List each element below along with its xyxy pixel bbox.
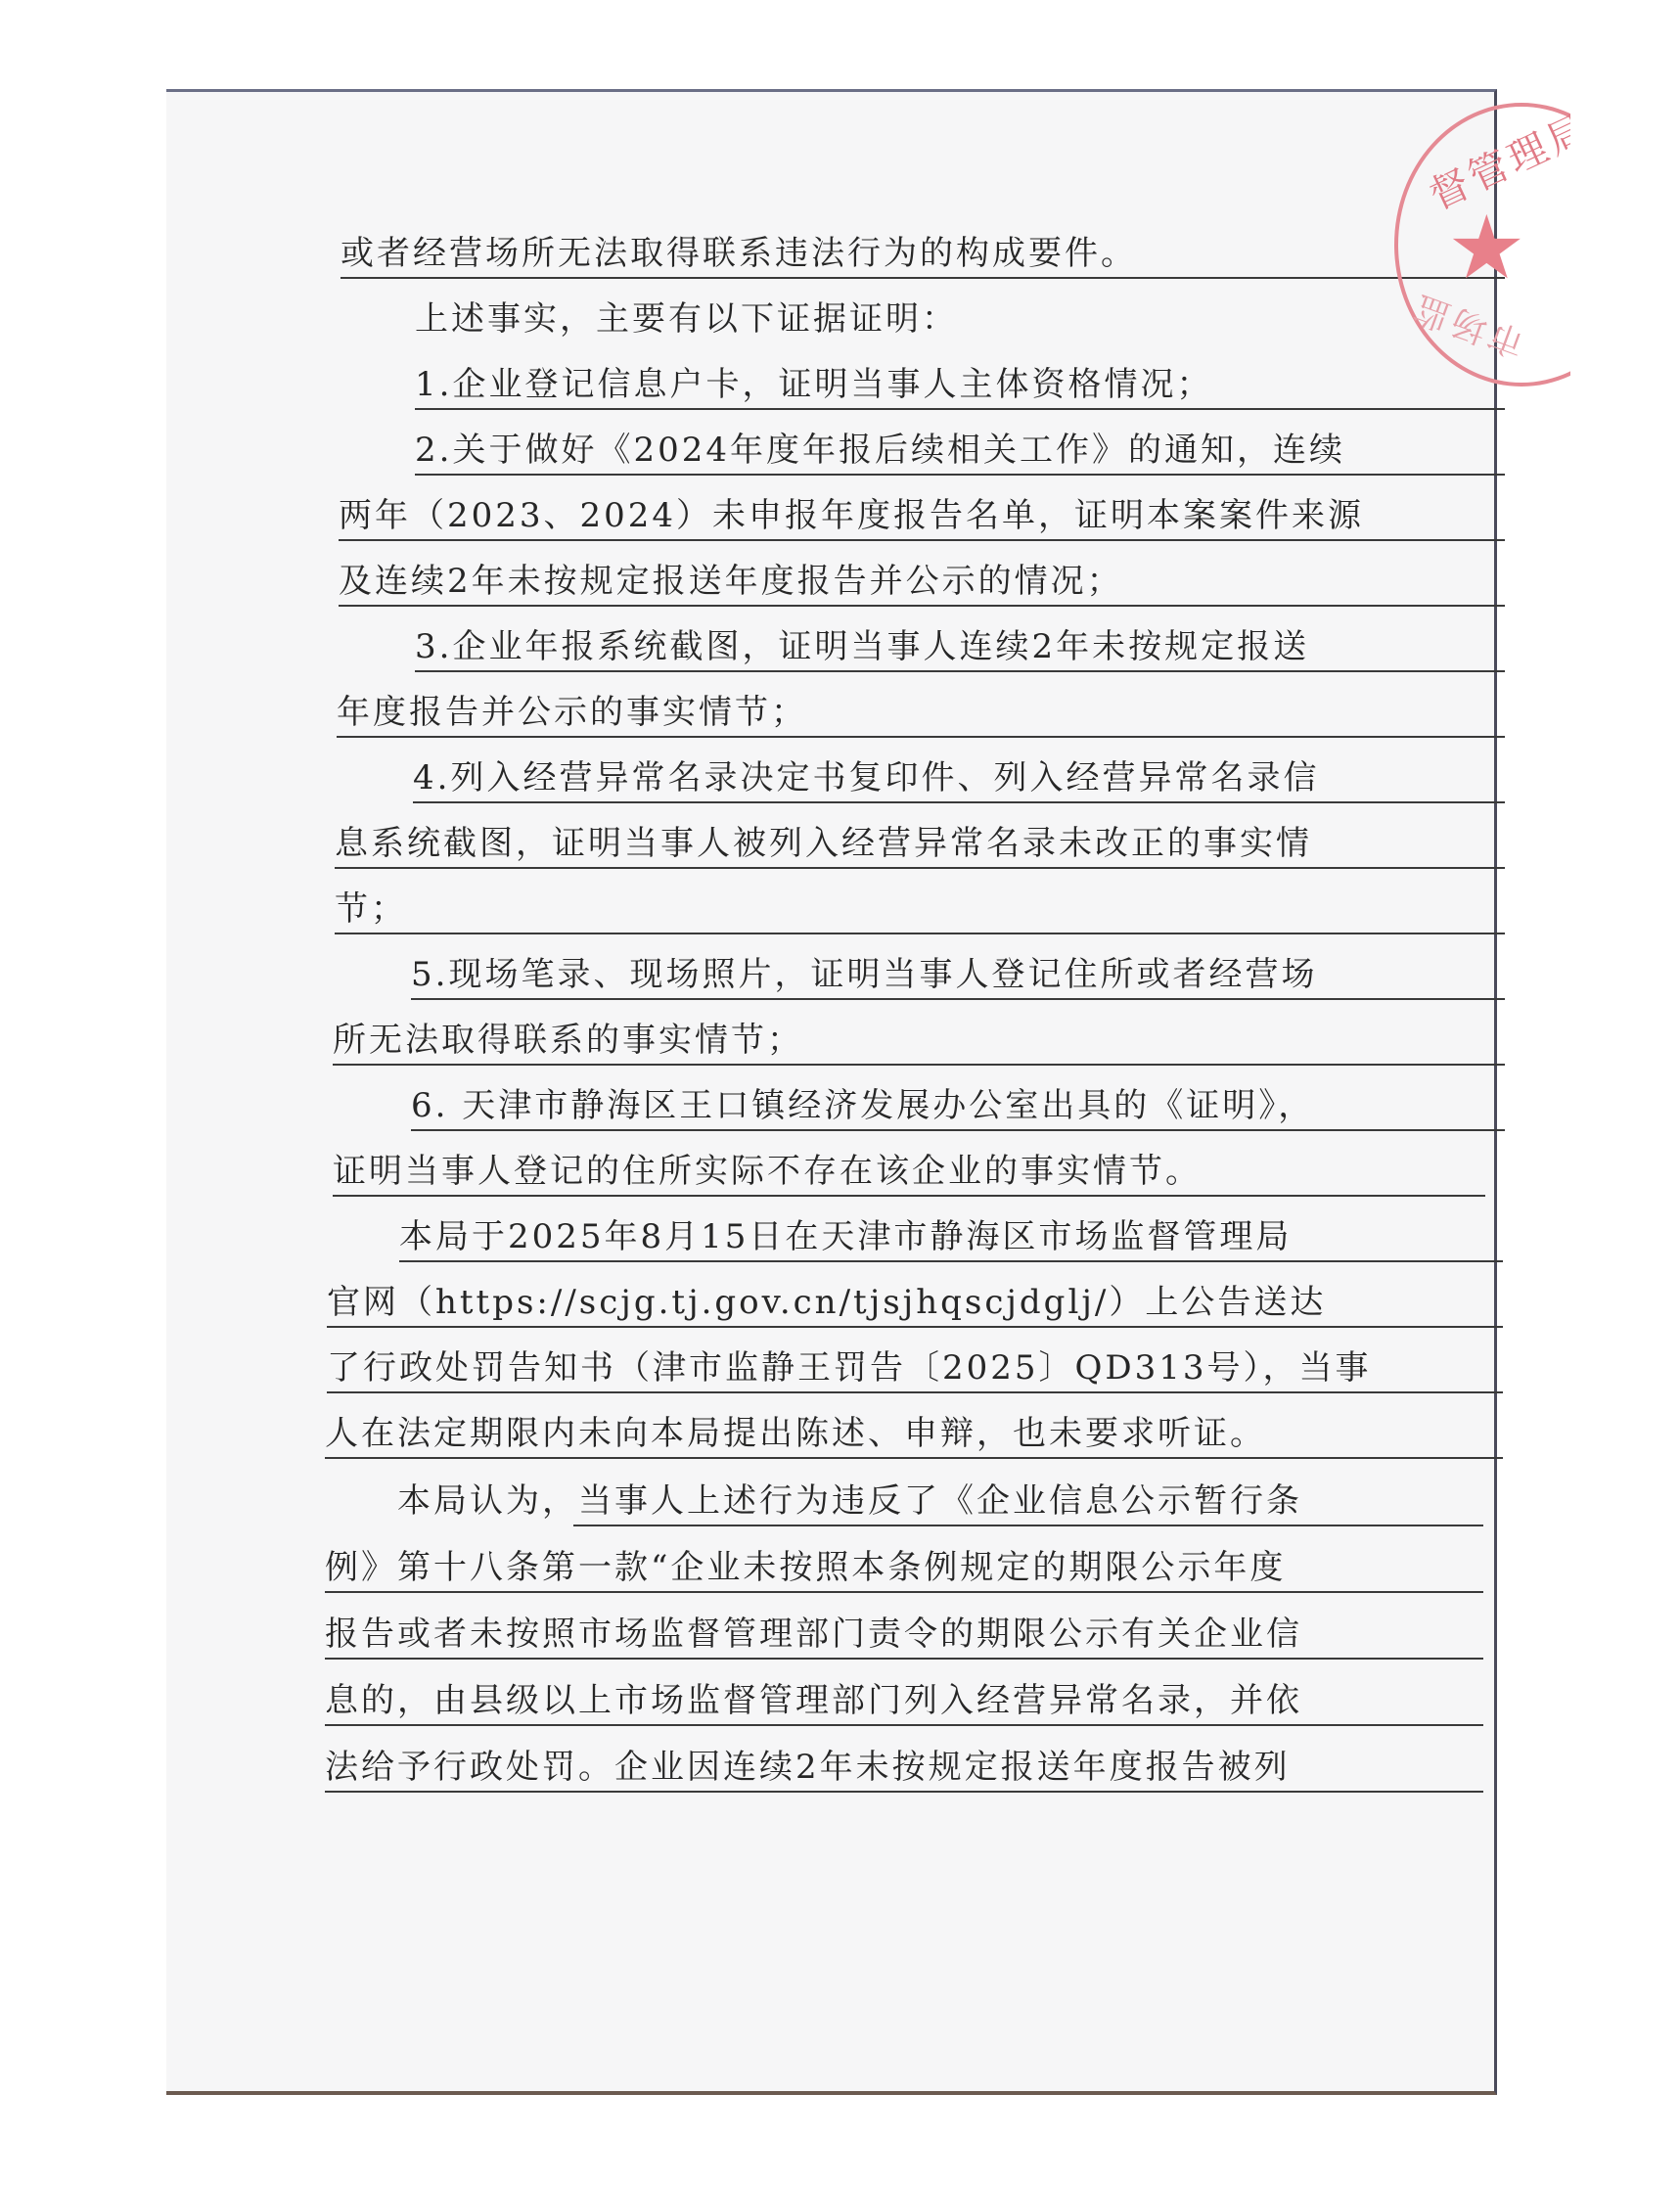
text-line: 法给予行政处罚。企业因连续2年未按规定报送年度报告被列 <box>325 1738 1483 1797</box>
text-line: 例》第十八条第一款“企业未按照本条例规定的期限公示年度 <box>325 1538 1483 1597</box>
text-line: 4.列入经营异常名录决定书复印件、列入经营异常名录信 <box>413 749 1505 807</box>
text-line: 息系统截图，证明当事人被列入经营异常名录未改正的事实情 <box>335 814 1505 873</box>
text-line: 节； <box>335 880 1505 938</box>
text-line: 证明当事人登记的住所实际不存在该企业的事实情节。 <box>333 1142 1485 1201</box>
text-line: 人在法定期限内未向本局提出陈述、申辩，也未要求听证。 <box>325 1404 1503 1463</box>
document-page: 或者经营场所无法取得联系违法行为的构成要件。 上述事实，主要有以下证据证明： 1… <box>166 89 1497 2095</box>
text-line: 3.企业年报系统截图，证明当事人连续2年未按规定报送 <box>415 617 1505 676</box>
text-line: 上述事实，主要有以下证据证明： <box>415 290 1501 348</box>
text-line: 报告或者未按照市场监督管理部门责令的期限公示有关企业信 <box>325 1605 1483 1663</box>
text-line: 2.关于做好《2024年度年报后续相关工作》的通知，连续 <box>415 421 1505 479</box>
text-line: 所无法取得联系的事实情节； <box>333 1011 1505 1070</box>
text-line: 了行政处罚告知书（津市监静王罚告〔2025〕QD313号），当事 <box>327 1339 1503 1397</box>
text-line: 及连续2年未按规定报送年度报告并公示的情况； <box>339 552 1505 611</box>
text-line: 5.现场笔录、现场照片，证明当事人登记住所或者经营场 <box>411 945 1505 1004</box>
text-line: 6. 天津市静海区王口镇经济发展办公室出具的《证明》， <box>411 1076 1505 1135</box>
official-seal: 督管理局 ★ 市场监 <box>1394 103 1570 387</box>
seal-ring: 督管理局 ★ 市场监 <box>1394 103 1570 387</box>
text-line: 或者经营场所无法取得联系违法行为的构成要件。 <box>341 224 1505 283</box>
star-icon: ★ <box>1447 205 1526 293</box>
text-line: 1.企业登记信息户卡，证明当事人主体资格情况； <box>415 355 1505 414</box>
text-line: 官网（https://scjg.tj.gov.cn/tjsjhqscjdglj/… <box>327 1273 1503 1332</box>
text-line: 两年（2023、2024）未申报年度报告名单，证明本案案件来源 <box>339 486 1505 545</box>
text-line: 息的，由县级以上市场监督管理部门列入经营异常名录，并依 <box>325 1671 1483 1730</box>
text-line: 本局认为，当事人上述行为违反了《企业信息公示暂行条 <box>397 1472 1483 1530</box>
text-line: 年度报告并公示的事实情节； <box>337 683 1505 742</box>
text-line: 本局于2025年8月15日在天津市静海区市场监督管理局 <box>399 1207 1503 1266</box>
